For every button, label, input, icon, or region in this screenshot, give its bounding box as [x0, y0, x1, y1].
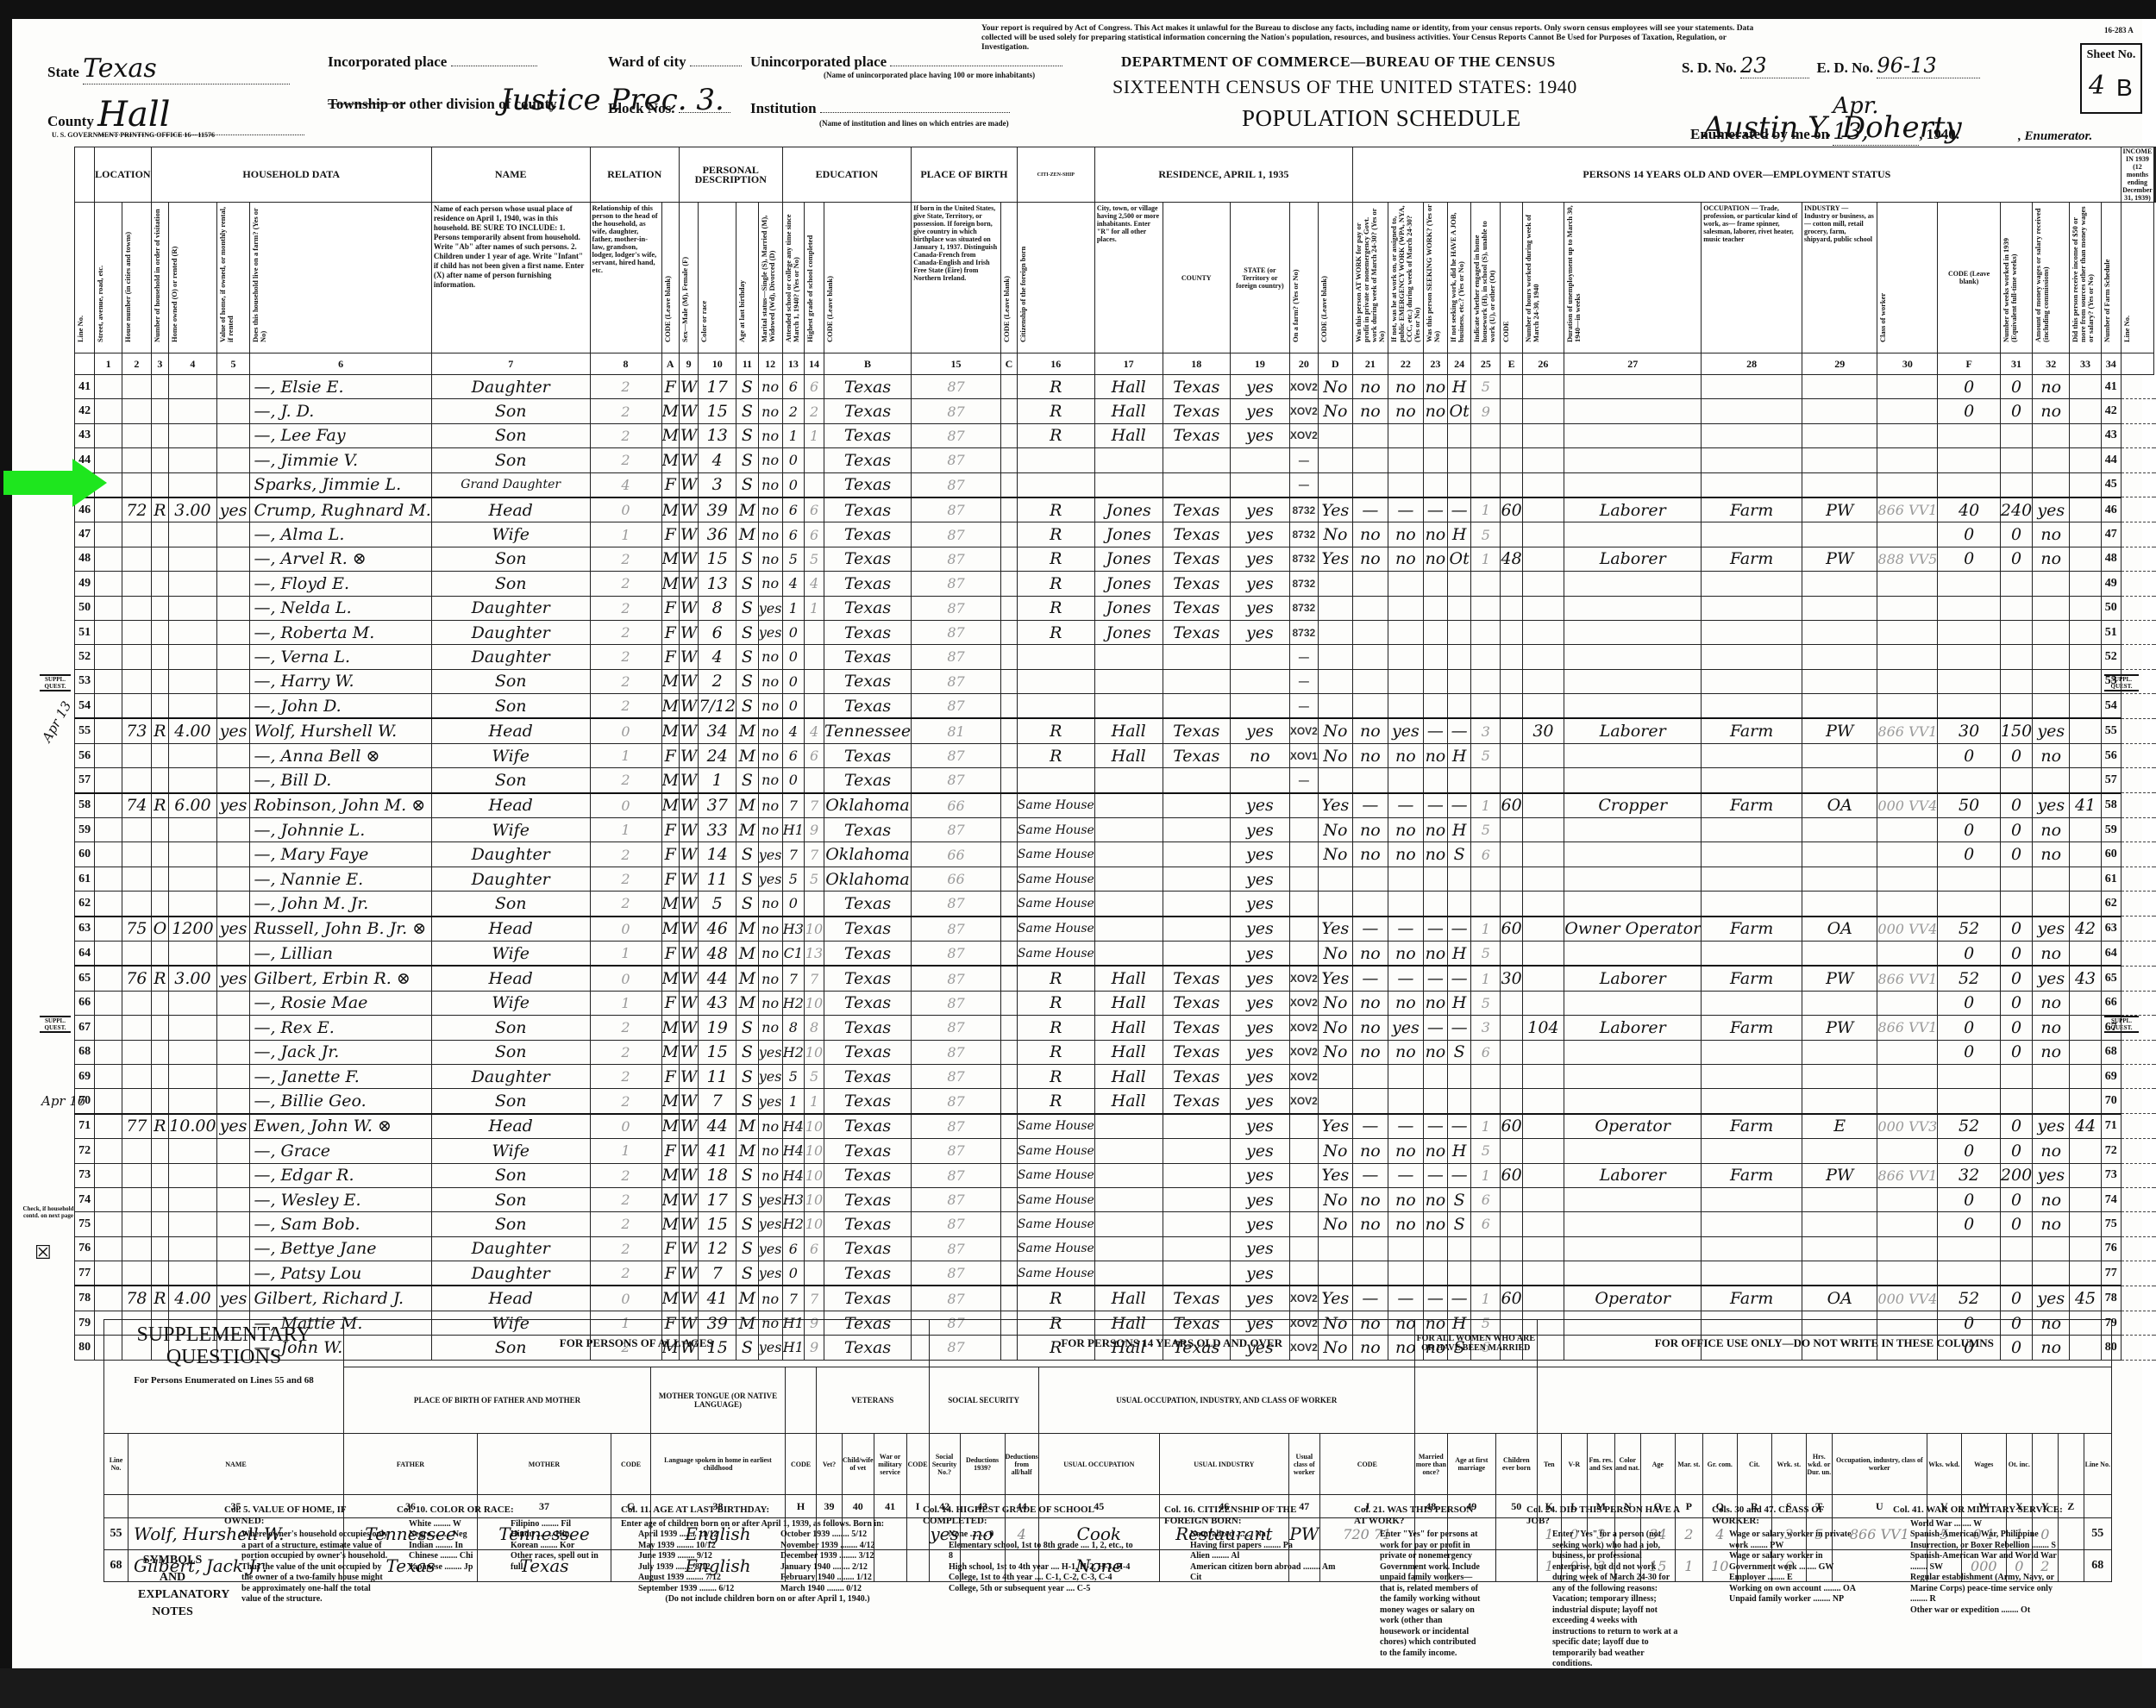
cell-c26	[1501, 1139, 1522, 1163]
cell-b	[805, 620, 824, 644]
cell-e	[1471, 669, 1501, 693]
cell-c25	[1447, 768, 1470, 793]
cell-a: 1	[590, 941, 661, 966]
column-number: 30	[1877, 353, 1938, 375]
line-number: 50	[75, 596, 95, 620]
cell-c34	[2070, 1261, 2101, 1286]
col-header: Number of Farm Schedule	[2103, 204, 2111, 342]
cell-res-county	[1094, 1139, 1163, 1163]
table-row: 6576R3.00yesGilbert, Erbin R. ⊗Head0MW44…	[75, 966, 2156, 991]
suppl-quest-tag-left-55: SUPPL. QUEST.	[40, 674, 71, 691]
cell-d: —	[1289, 472, 1318, 497]
cell-sch: no	[758, 645, 782, 669]
cell-sex: M	[661, 1163, 679, 1187]
cell-cit	[1001, 423, 1018, 447]
cell-c31	[1938, 620, 2001, 644]
cell-res-farm: yes	[1230, 547, 1289, 571]
personal-group: PERSONAL DESCRIPTION	[679, 147, 782, 203]
cell-age: 17	[699, 375, 736, 399]
cell-res-city: Same House	[1017, 1236, 1094, 1261]
cell-c25: —	[1447, 966, 1470, 991]
cell-cit	[1001, 1016, 1018, 1040]
table-row: 48—, Arvel R. ⊗Son2MW15Sno55Texas87RJone…	[75, 547, 2156, 571]
supp-subgroup-row: PLACE OF BIRTH OF FATHER AND MOTHER MOTH…	[104, 1367, 2112, 1434]
note-list-item: January 1940 ........ 2/12	[780, 1562, 914, 1573]
cell-val	[169, 375, 216, 399]
cell-age: 8	[699, 596, 736, 620]
cell-c24: no	[1423, 842, 1447, 867]
cell-c32: 0	[2000, 793, 2032, 818]
cell-res-state	[1163, 694, 1230, 719]
cell-c26	[1501, 448, 1522, 472]
cell-a: 2	[590, 1016, 661, 1040]
cell-rel: Head	[431, 718, 590, 743]
cell-b: 10	[805, 1163, 824, 1187]
institution-label: Institution	[750, 100, 817, 116]
cell-c: 87	[912, 892, 1001, 917]
cell-sch: no	[758, 572, 782, 596]
cell-d: 8732	[1289, 547, 1318, 571]
cell-race: W	[679, 694, 698, 719]
note-col16-list: Naturalized ........ NaHaving first pape…	[1164, 1530, 1337, 1584]
table-row: 45Sparks, Jimmie L.Grand Daughter4FW3Sno…	[75, 472, 2156, 497]
col-header: Attended school or college any time sinc…	[785, 204, 800, 342]
cell-d	[1289, 867, 1318, 891]
cell-e: 6	[1471, 1187, 1501, 1211]
cell-hh	[122, 818, 151, 842]
cell-c33: no	[2033, 547, 2070, 571]
street-cell	[95, 1040, 122, 1064]
street-cell	[95, 572, 122, 596]
cell-c21: Yes	[1318, 1286, 1352, 1311]
cell-a: 2	[590, 1064, 661, 1088]
cell-gr: 6	[782, 522, 805, 547]
cell-c22: —	[1352, 1163, 1388, 1187]
cell-e	[1471, 572, 1501, 596]
cell-age: 12	[699, 1236, 736, 1261]
cell-c32: 150	[2000, 718, 2032, 743]
cell-c33: no	[2033, 1187, 2070, 1211]
cell-c31: 52	[1938, 917, 2001, 942]
table-row: 54—, John D.Son2MW7/12Sno0Texas87—54	[75, 694, 2156, 719]
line-number: 70	[2101, 1089, 2121, 1114]
population-schedule-table: LOCATION HOUSEHOLD DATA NAME RELATION PE…	[74, 147, 2156, 1361]
line-number: 42	[75, 399, 95, 423]
cell-res-state: Texas	[1163, 1286, 1230, 1311]
cell-name: —, Sam Bob.	[250, 1212, 431, 1236]
cell-e: 1	[1471, 497, 1501, 522]
scan-border-bottom	[0, 1668, 2156, 1708]
cell-d: XOV2	[1289, 399, 1318, 423]
residence-group: RESIDENCE, APRIL 1, 1935	[1094, 147, 1352, 203]
cell-f: 866 VV1	[1877, 718, 1938, 743]
cell-res-city: R	[1017, 1040, 1094, 1064]
cell-res-city: R	[1017, 375, 1094, 399]
cell-c26	[1501, 399, 1522, 423]
cell-val	[169, 1261, 216, 1286]
cell-val	[169, 694, 216, 719]
supp-women-header: FOR ALL WOMEN WHO ARE OR HAVE BEEN MARRI…	[1414, 1320, 1537, 1367]
supp-col-header: V-R	[1561, 1434, 1587, 1495]
supp-line-number: 55	[104, 1518, 128, 1550]
cell-c27: 30	[1522, 718, 1564, 743]
cell-name: —, Rex E.	[250, 1016, 431, 1040]
cell-res-state	[1163, 669, 1230, 693]
cell-farm	[216, 1089, 250, 1114]
col-header: Color or race	[700, 204, 708, 342]
cell-c26	[1501, 596, 1522, 620]
cell-hh	[122, 472, 151, 497]
cell-occ: Operator	[1564, 1286, 1702, 1311]
cell-cls: OA	[1802, 1286, 1877, 1311]
note-list-item: Naturalized ........ Na	[1190, 1530, 1337, 1541]
cell-birth: Texas	[824, 1163, 911, 1187]
cell-f: 000 VV3	[1877, 1114, 1938, 1139]
cell-name: —, Edgar R.	[250, 1163, 431, 1187]
note-list-item: Negro ........ Neg	[409, 1530, 502, 1541]
cell-sch: yes	[758, 1212, 782, 1236]
supp-title-cell: SUPPLEMENTARY QUESTIONS For Persons Enum…	[104, 1320, 344, 1434]
cell-own	[151, 842, 169, 867]
cell-c32: 0	[2000, 1016, 2032, 1040]
cell-rel: Wife	[431, 991, 590, 1015]
cell-age: 5	[699, 892, 736, 917]
cell-hh	[122, 1236, 151, 1261]
line-number: 57	[75, 768, 95, 793]
cell-c25	[1447, 892, 1470, 917]
cell-d: —	[1289, 669, 1318, 693]
note-list-item: Unpaid family worker ........ NP	[1729, 1594, 1867, 1605]
column-number: 5	[216, 353, 250, 375]
cell-gr: 0	[782, 620, 805, 644]
cell-own	[151, 547, 169, 571]
supp-col-header: Ot. inc.	[2006, 1434, 2032, 1495]
cell-own: R	[151, 497, 169, 522]
cell-c34	[2070, 645, 2101, 669]
cell-c34	[2070, 522, 2101, 547]
cell-c23	[1388, 448, 1423, 472]
street-cell	[95, 1089, 122, 1114]
cell-birth: Texas	[824, 1139, 911, 1163]
cell-val: 1200	[169, 917, 216, 942]
cell-race: W	[679, 399, 698, 423]
cell-occ: Laborer	[1564, 966, 1702, 991]
supp-subtitle: For Persons Enumerated on Lines 55 and 6…	[104, 1375, 343, 1386]
col-header-state: STATE (or Territory or foreign country)	[1230, 203, 1289, 353]
cell-e: 5	[1471, 941, 1501, 966]
cell-c21: Yes	[1318, 1163, 1352, 1187]
supp-code-h-spacer	[786, 1367, 817, 1434]
supp-title: SUPPLEMENTARY QUESTIONS	[104, 1323, 343, 1368]
cell-c31: 0	[1938, 522, 2001, 547]
cell-b: 4	[805, 718, 824, 743]
cell-a: 1	[590, 743, 661, 767]
cell-c33: yes	[2033, 966, 2070, 991]
cell-c: 87	[912, 1163, 1001, 1187]
cell-c: 87	[912, 596, 1001, 620]
line-number: 77	[2101, 1261, 2121, 1286]
census-title: SIXTEENTH CENSUS OF THE UNITED STATES: 1…	[1112, 76, 1577, 98]
cell-c21: No	[1318, 1187, 1352, 1211]
ward-field: Ward of city	[608, 53, 742, 71]
cell-rel: Son	[431, 547, 590, 571]
col-header: If not seeking work, did he HAVE A JOB, …	[1450, 204, 1465, 342]
cell-name: —, Nannie E.	[250, 867, 431, 891]
cell-farm	[216, 448, 250, 472]
cell-rel: Head	[431, 1114, 590, 1139]
cell-race: W	[679, 645, 698, 669]
line-number: 44	[2101, 448, 2121, 472]
cell-sex: F	[661, 472, 679, 497]
cell-c24: —	[1423, 718, 1447, 743]
cell-cit	[1001, 1114, 1018, 1139]
cell-c22: no	[1352, 941, 1388, 966]
cell-e: 1	[1471, 1114, 1501, 1139]
cell-res-state	[1163, 818, 1230, 842]
cell-c21	[1318, 1064, 1352, 1088]
incorporated-place-field: Incorporated place	[328, 53, 537, 71]
cell-cit	[1001, 547, 1018, 571]
birth-group: PLACE OF BIRTH	[912, 147, 1018, 203]
cell-c22	[1352, 620, 1388, 644]
cell-gr: H2	[782, 1040, 805, 1064]
cell-res-county	[1094, 1212, 1163, 1236]
cell-res-farm: yes	[1230, 1139, 1289, 1163]
col-header: Duration of unemployment up to March 30,…	[1566, 204, 1582, 342]
cell-res-farm	[1230, 472, 1289, 497]
cell-c27	[1522, 991, 1564, 1015]
cell-val	[169, 472, 216, 497]
cell-c27	[1522, 645, 1564, 669]
block-field: Block Nos.	[608, 100, 730, 117]
cell-c: 87	[912, 522, 1001, 547]
cell-c23	[1388, 1089, 1423, 1114]
cell-c21: Yes	[1318, 497, 1352, 522]
note-list-item: July 1939 ........ 8/12	[638, 1562, 772, 1573]
cell-c24: —	[1423, 966, 1447, 991]
cell-c32: 0	[2000, 1286, 2032, 1311]
cell-val	[169, 645, 216, 669]
line-number: 75	[75, 1212, 95, 1236]
col-header-county: COUNTY	[1163, 203, 1230, 353]
cell-sch: no	[758, 448, 782, 472]
cell-c22: —	[1352, 917, 1388, 942]
cell-c31	[1938, 1261, 2001, 1286]
cell-val: 4.00	[169, 718, 216, 743]
cell-sch: no	[758, 1114, 782, 1139]
cell-ind	[1702, 472, 1802, 497]
cell-c21	[1318, 669, 1352, 693]
cell-c26: 60	[1501, 793, 1522, 818]
column-number: 32	[2033, 353, 2070, 375]
cell-cit	[1001, 892, 1018, 917]
cell-res-city: Same House	[1017, 818, 1094, 842]
cell-c31	[1938, 423, 2001, 447]
cell-c34	[2070, 1089, 2101, 1114]
cell-birth: Texas	[824, 472, 911, 497]
line-number: 58	[2101, 793, 2121, 818]
cell-age: 11	[699, 1064, 736, 1088]
cell-d: XOV2	[1289, 1064, 1318, 1088]
cell-mar: M	[736, 966, 759, 991]
cell-hh: 73	[122, 718, 151, 743]
income-group: INCOME IN 1939 (12 months ending Decembe…	[2121, 147, 2153, 203]
line-number: 71	[75, 1114, 95, 1139]
cell-cls	[1802, 375, 1877, 399]
column-number: 26	[1522, 353, 1564, 375]
cell-hh	[122, 669, 151, 693]
household-continued-checkbox[interactable]: ☒	[34, 1242, 52, 1264]
cell-c22: —	[1352, 966, 1388, 991]
cell-d: XOV2	[1289, 1089, 1318, 1114]
cell-own	[151, 1016, 169, 1040]
cell-c31	[1938, 867, 2001, 891]
cell-sch: yes	[758, 1236, 782, 1261]
col-header-birthplace: If born in the United States, give State…	[912, 203, 1001, 353]
cell-farm	[216, 768, 250, 793]
note-list-item: October 1939 ........ 5/12	[780, 1530, 914, 1541]
institution-note: (Name of institution and lines on which …	[819, 119, 1009, 128]
cell-d	[1289, 892, 1318, 917]
cell-c23: no	[1388, 842, 1423, 867]
cell-mar: M	[736, 1286, 759, 1311]
schedule-rows: 41—, Elsie E.Daughter2FW17Sno66Texas87RH…	[75, 375, 2156, 1361]
cell-c24	[1423, 1261, 1447, 1286]
cell-age: 13	[699, 572, 736, 596]
cell-ind	[1702, 892, 1802, 917]
cell-sch: no	[758, 669, 782, 693]
cell-c: 87	[912, 941, 1001, 966]
supp-col-header	[2032, 1434, 2058, 1495]
table-row: 73—, Edgar R.Son2MW18SnoH410Texas87Same …	[75, 1163, 2156, 1187]
cell-f	[1877, 1187, 1938, 1211]
cell-age: 34	[699, 718, 736, 743]
cell-a: 1	[590, 818, 661, 842]
cell-val	[169, 941, 216, 966]
line-number: 74	[2101, 1187, 2121, 1211]
cell-res-county	[1094, 867, 1163, 891]
cell-res-farm: yes	[1230, 991, 1289, 1015]
cell-c32	[2000, 1064, 2032, 1088]
cell-race: W	[679, 1187, 698, 1211]
cell-c33: no	[2033, 1212, 2070, 1236]
line-number: 67	[75, 1016, 95, 1040]
col-header-occupation: OCCUPATION — Trade, profession, or parti…	[1702, 203, 1802, 353]
cell-res-state: Texas	[1163, 620, 1230, 644]
cell-gr: 0	[782, 1261, 805, 1286]
line-number: 59	[75, 818, 95, 842]
cell-gr: 5	[782, 547, 805, 571]
cell-res-farm: yes	[1230, 423, 1289, 447]
supp-line-number: 68	[104, 1550, 128, 1582]
cell-occ	[1564, 1236, 1702, 1261]
cell-c31: 40	[1938, 497, 2001, 522]
column-number: 20	[1289, 353, 1318, 375]
street-cell	[95, 842, 122, 867]
cell-cls: PW	[1802, 966, 1877, 991]
cell-c32: 0	[2000, 991, 2032, 1015]
cell-mar: S	[736, 399, 759, 423]
cell-sex: M	[661, 1187, 679, 1211]
cell-c23	[1388, 596, 1423, 620]
column-number: E	[1501, 353, 1522, 375]
line-number: 41	[2101, 375, 2121, 399]
sd-label: S. D. No.	[1682, 59, 1737, 76]
cell-ind: Farm	[1702, 1016, 1802, 1040]
cell-birth: Texas	[824, 917, 911, 942]
cell-age: 1	[699, 768, 736, 793]
table-row: 57—, Bill D.Son2MW1Sno0Texas87—57	[75, 768, 2156, 793]
cell-c27	[1522, 1261, 1564, 1286]
cell-c27	[1522, 620, 1564, 644]
cell-c23: no	[1388, 991, 1423, 1015]
line-number: 51	[2101, 620, 2121, 644]
cell-name: —, Bill D.	[250, 768, 431, 793]
cell-sch: no	[758, 966, 782, 991]
cell-age: 15	[699, 1212, 736, 1236]
cell-val: 3.00	[169, 966, 216, 991]
cell-f	[1877, 375, 1938, 399]
cell-ind: Farm	[1702, 917, 1802, 942]
cell-race: W	[679, 743, 698, 767]
cell-c27	[1522, 1187, 1564, 1211]
cell-sex: M	[661, 1212, 679, 1236]
cell-b	[805, 472, 824, 497]
cell-c22	[1352, 892, 1388, 917]
cell-c22	[1352, 596, 1388, 620]
cell-res-state	[1163, 1236, 1230, 1261]
cell-c: 87	[912, 1114, 1001, 1139]
cell-race: W	[679, 1261, 698, 1286]
cell-cit	[1001, 941, 1018, 966]
line-number: 48	[75, 547, 95, 571]
suppl-quest-tag-right-55: SUPPL. QUEST.	[2104, 674, 2139, 691]
cell-c: 66	[912, 842, 1001, 867]
cell-d: XOV2	[1289, 1040, 1318, 1064]
cell-b: 6	[805, 375, 824, 399]
cell-cit	[1001, 1163, 1018, 1187]
cell-farm	[216, 669, 250, 693]
cell-hh: 77	[122, 1114, 151, 1139]
department-title: DEPARTMENT OF COMMERCE—BUREAU OF THE CEN…	[1121, 53, 1556, 71]
cell-c27	[1522, 892, 1564, 917]
cell-res-farm: yes	[1230, 1187, 1289, 1211]
column-number: 33	[2070, 353, 2101, 375]
cell-mar: M	[736, 818, 759, 842]
cell-own	[151, 1261, 169, 1286]
cell-c27	[1522, 867, 1564, 891]
cell-farm	[216, 991, 250, 1015]
line-number: 65	[2101, 966, 2121, 991]
street-cell	[95, 867, 122, 891]
cell-c: 66	[912, 793, 1001, 818]
supp-col-header: Usual class of worker	[1288, 1434, 1319, 1495]
cell-c27	[1522, 793, 1564, 818]
cell-f	[1877, 818, 1938, 842]
cell-d	[1289, 818, 1318, 842]
cell-b: 7	[805, 793, 824, 818]
cell-occ	[1564, 1139, 1702, 1163]
cell-e: 5	[1471, 991, 1501, 1015]
cell-ind	[1702, 620, 1802, 644]
cell-val: 6.00	[169, 793, 216, 818]
table-row: 5874R6.00yesRobinson, John M. ⊗Head0MW37…	[75, 793, 2156, 818]
cell-birth: Texas	[824, 547, 911, 571]
cell-hh	[122, 522, 151, 547]
cell-c31: 0	[1938, 818, 2001, 842]
cell-c24	[1423, 892, 1447, 917]
cell-rel: Son	[431, 892, 590, 917]
